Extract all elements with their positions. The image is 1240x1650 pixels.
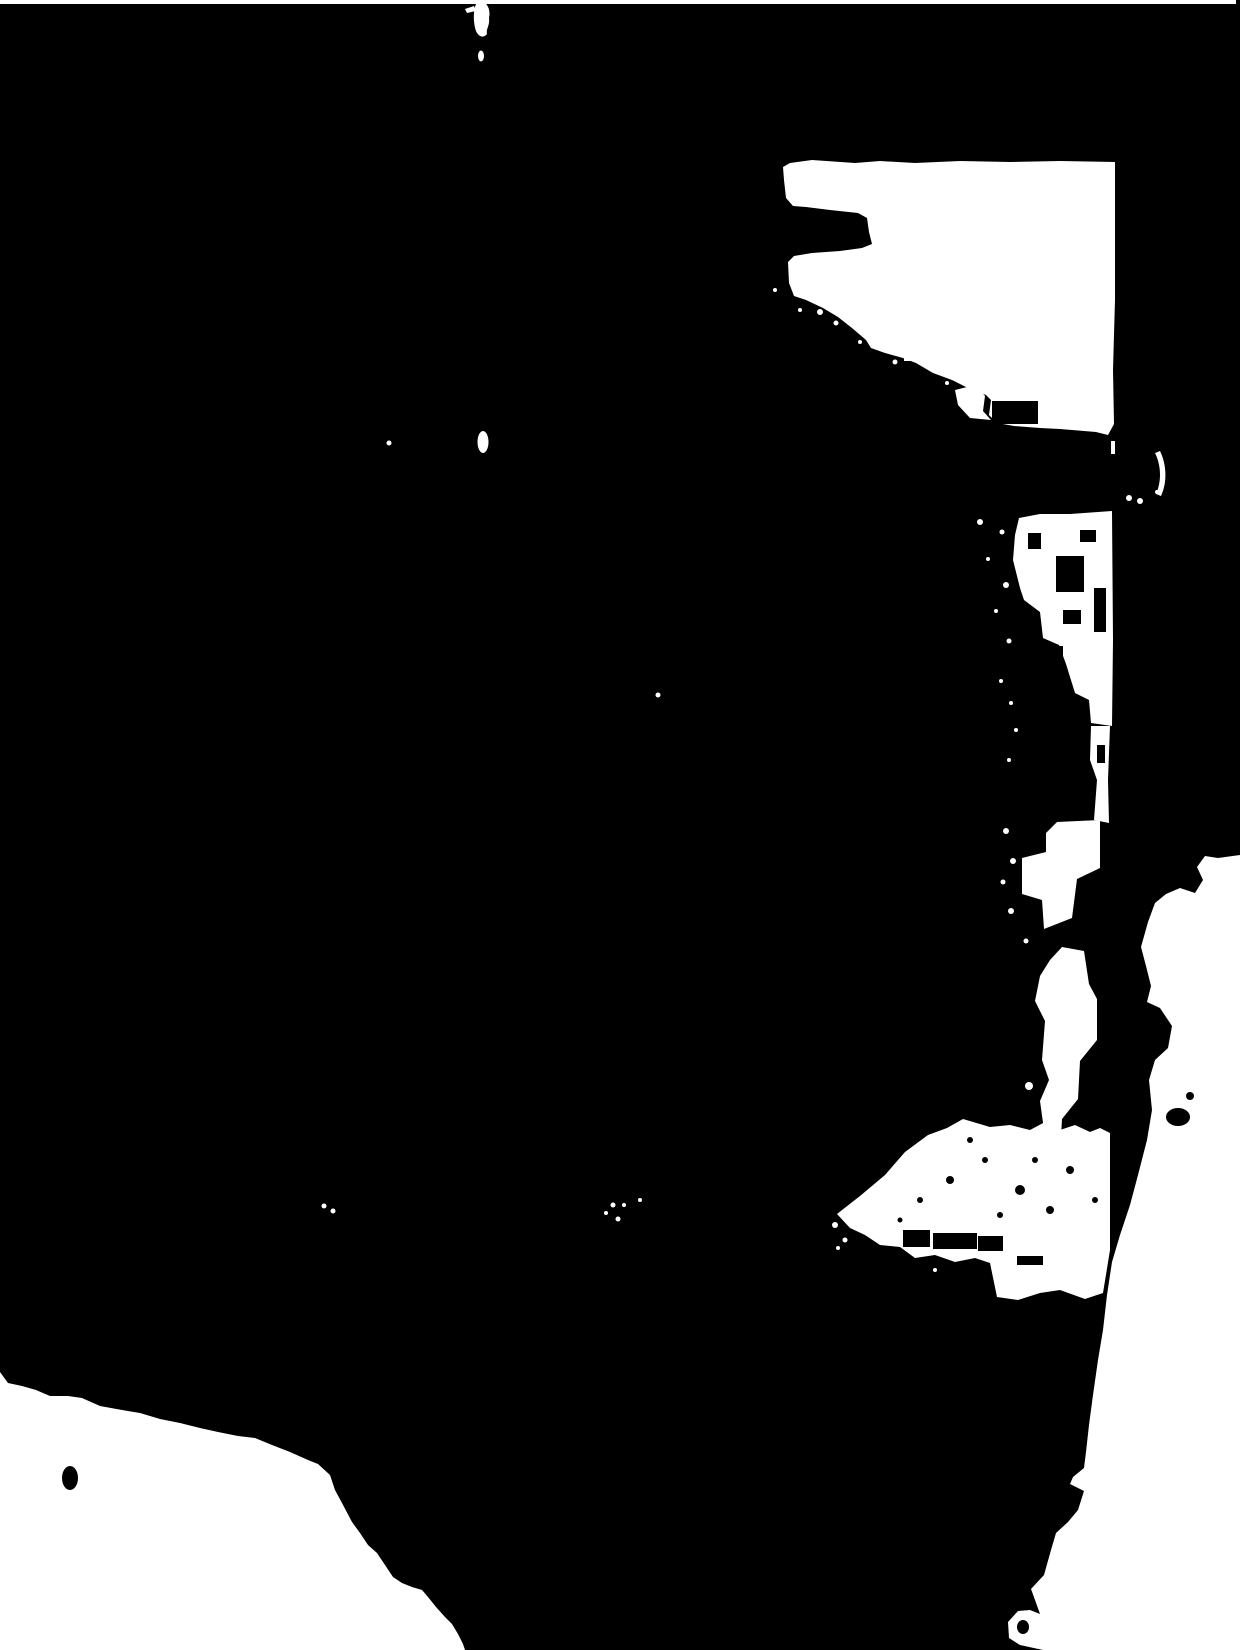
strip-side-speck-1 <box>977 519 983 525</box>
wall-dark-bite-2 <box>1186 1092 1194 1100</box>
strip-hole-3 <box>1094 588 1106 632</box>
window-edge-dash <box>904 356 918 361</box>
strip-side-speck-6 <box>1007 639 1012 644</box>
cluster-dark-dot-7 <box>1066 1166 1074 1174</box>
floor-pebble-shadow <box>62 1466 78 1490</box>
strip-side-speck-2 <box>1000 530 1005 535</box>
binarized-photo <box>0 0 1240 1650</box>
cluster-dark-box-1 <box>903 1230 930 1247</box>
strip-hole-6 <box>1080 530 1096 542</box>
cluster-below-speck <box>933 1268 937 1272</box>
mid-fragment-speck-2 <box>1010 858 1016 864</box>
cluster-dark-box-2 <box>933 1233 977 1249</box>
window-edge-fleck-7 <box>945 381 949 385</box>
strip-hole-5 <box>1063 610 1081 624</box>
window-edge-fleck-4 <box>834 321 839 326</box>
cluster-tip-speck-1 <box>832 1222 838 1228</box>
frame-speck-3 <box>1155 490 1159 494</box>
cluster-dark-dot-9 <box>967 1137 973 1143</box>
cluster-dark-dot-6 <box>997 1212 1003 1218</box>
strip-tail-hole <box>1097 745 1105 763</box>
strip-side-speck-5 <box>994 609 998 613</box>
cluster-dark-dot-3 <box>1015 1185 1025 1195</box>
cluster-tip-speck-2 <box>843 1238 848 1243</box>
mid-floor-speck-4 <box>611 1203 616 1208</box>
mid-floor-speck-1 <box>322 1204 327 1209</box>
wall-dark-bite-1 <box>1166 1108 1190 1126</box>
floor-speck-1 <box>3 1412 7 1416</box>
doorframe-side-dash <box>1110 1430 1125 1437</box>
window-block-dark-inset <box>992 401 1038 424</box>
mid-floor-speck-6 <box>622 1203 626 1207</box>
mid-fragment-speck-4 <box>1008 908 1014 914</box>
wall-hook-hole <box>1017 1620 1029 1634</box>
mid-floor-speck-5 <box>616 1217 621 1222</box>
wall-dark-bite-3 <box>1149 1011 1167 1043</box>
top-edge-light-line <box>0 0 1236 4</box>
strip-side-speck-8 <box>1009 701 1013 705</box>
binarized-photo-figure <box>0 0 1240 1650</box>
strip-side-speck-9 <box>1014 728 1018 732</box>
mid-floor-speck-2 <box>331 1209 336 1214</box>
lone-speck-upper-middle <box>656 693 661 698</box>
frame-tick-mark <box>1111 441 1115 454</box>
strip-hole-2 <box>1041 646 1063 672</box>
top-hanging-dot <box>478 51 484 62</box>
floor-speck-2 <box>62 1448 66 1452</box>
window-edge-fleck-5 <box>858 340 862 344</box>
mid-floor-speck-7 <box>638 1198 642 1202</box>
strip-side-speck-10 <box>1007 758 1011 762</box>
mid-fragment-speck-5 <box>1024 939 1029 944</box>
mid-oval-highlight <box>478 431 489 453</box>
cluster-dark-dot-2 <box>982 1157 988 1163</box>
window-edge-fleck-3 <box>817 309 823 315</box>
strip-hole-1 <box>1056 556 1084 592</box>
window-edge-fleck-1 <box>773 288 777 292</box>
cluster-dark-dot-1 <box>946 1176 954 1184</box>
cluster-dark-dot-4 <box>1046 1206 1054 1214</box>
frame-speck-1 <box>1126 495 1132 501</box>
cluster-dark-dot-5 <box>917 1197 923 1203</box>
mid-fragment-speck-1 <box>1003 828 1009 834</box>
strip-hole-4 <box>1028 533 1041 549</box>
frame-speck-2 <box>1137 498 1143 504</box>
cluster-tip-speck-3 <box>836 1246 840 1250</box>
mid-floor-speck-3 <box>604 1211 608 1215</box>
strip-side-speck-3 <box>986 557 990 561</box>
cluster-dark-dot-10 <box>898 1218 903 1223</box>
cluster-dark-box-4 <box>1017 1256 1043 1265</box>
cluster-dark-box-3 <box>978 1236 1003 1251</box>
mid-fragment-speck-3 <box>1001 880 1006 885</box>
window-edge-fleck-6 <box>893 360 898 365</box>
spine-dot-1 <box>1025 1082 1033 1090</box>
cluster-dark-dot-11 <box>1032 1157 1038 1163</box>
window-edge-fleck-2 <box>798 308 802 312</box>
mid-small-dot <box>387 441 392 446</box>
strip-side-speck-4 <box>1003 582 1009 588</box>
strip-side-speck-7 <box>999 679 1003 683</box>
cluster-dark-dot-8 <box>1092 1197 1098 1203</box>
